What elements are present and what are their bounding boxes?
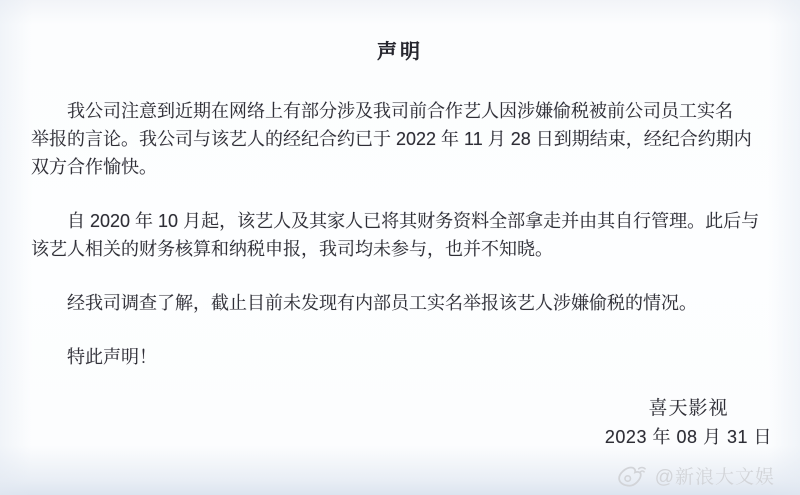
statement-closing: 特此声明！: [31, 343, 770, 371]
statement-paragraph: 自 2020 年 10 月起，该艺人及其家人已将其财务资料全部拿走并由其自行管理…: [31, 207, 770, 263]
text-line: 自 2020 年 10 月起，该艺人及其家人已将其财务资料全部拿走并由其自行管理…: [31, 207, 770, 235]
signature-block: 喜天影视 2023 年 08 月 31 日: [605, 394, 772, 452]
text-line: 特此声明！: [31, 343, 770, 371]
weibo-watermark: @新浪大文娱: [616, 462, 775, 489]
watermark-handle: @新浪大文娱: [655, 462, 775, 489]
text-line: 经我司调查了解，截止目前未发现有内部员工实名举报该艺人涉嫌偷税的情况。: [31, 289, 770, 317]
text-line: 举报的言论。我公司与该艺人的经纪合约已于 2022 年 11 月 28 日到期结…: [31, 125, 770, 153]
document-title: 声明: [0, 0, 800, 64]
text-line: 我公司注意到近期在网络上有部分涉及我司前合作艺人因涉嫌偷税被前公司员工实名: [31, 97, 770, 125]
text-line: 该艺人相关的财务核算和纳税申报，我司均未参与，也并不知晓。: [31, 235, 770, 263]
signature-date: 2023 年 08 月 31 日: [605, 423, 772, 452]
statement-document: 声明 我公司注意到近期在网络上有部分涉及我司前合作艺人因涉嫌偷税被前公司员工实名…: [0, 0, 800, 495]
weibo-icon: [616, 462, 648, 489]
text-line: 双方合作愉快。: [31, 153, 770, 181]
signature-company: 喜天影视: [605, 394, 772, 423]
statement-paragraph: 经我司调查了解，截止目前未发现有内部员工实名举报该艺人涉嫌偷税的情况。: [31, 289, 770, 317]
statement-paragraph: 我公司注意到近期在网络上有部分涉及我司前合作艺人因涉嫌偷税被前公司员工实名 举报…: [31, 97, 770, 181]
document-body: 我公司注意到近期在网络上有部分涉及我司前合作艺人因涉嫌偷税被前公司员工实名 举报…: [31, 97, 770, 371]
